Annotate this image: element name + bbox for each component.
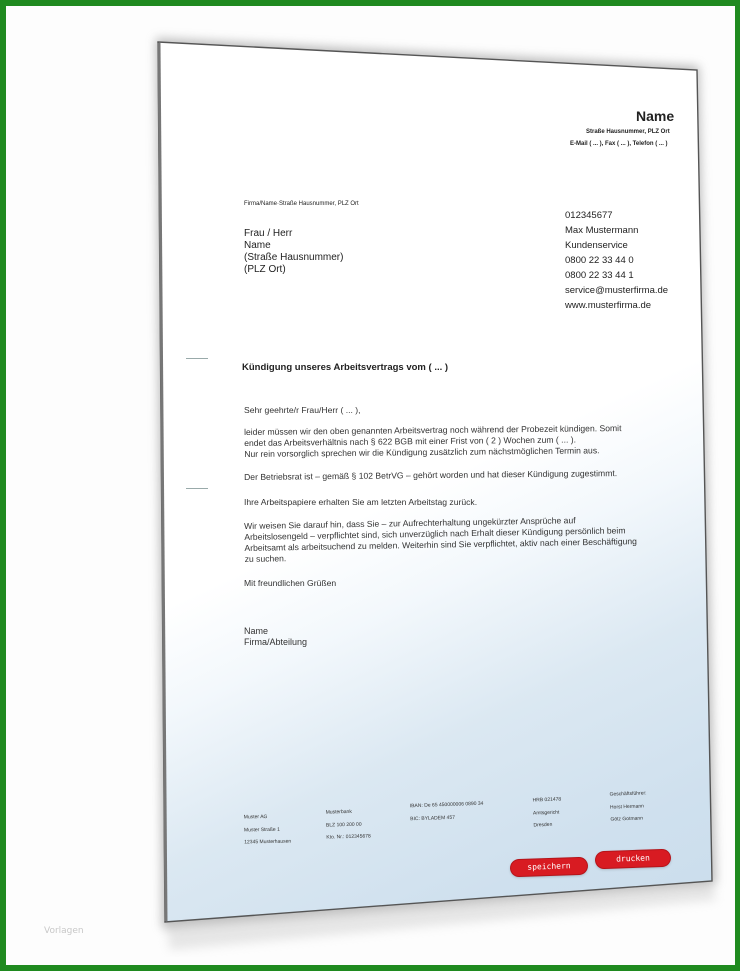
signature-line: Firma/Abteilung — [244, 637, 307, 648]
letterhead-address: Straße Hausnummer, PLZ Ort — [586, 129, 670, 135]
recipient-address: Frau / Herr Name (Straße Hausnummer) (PL… — [244, 228, 343, 276]
footer-line: Amtsgericht — [533, 806, 562, 819]
contact-line: 0800 22 33 44 0 — [565, 253, 668, 268]
footer-register: HRB 021478 Amtsgericht Dresden — [532, 794, 562, 832]
fold-mark — [186, 358, 208, 359]
signature: Name Firma/Abteilung — [244, 626, 307, 648]
contact-block: 012345677 Max Mustermann Kundenservice 0… — [565, 208, 668, 313]
footer-management: Geschäftsführer: Horst Hermann Götz Gotm… — [609, 787, 647, 826]
footer-line: 12345 Musterhausen — [244, 836, 291, 849]
sender-line: Firma/Name·Straße Hausnummer, PLZ Ort — [244, 201, 359, 207]
watermark: Vorlagen — [44, 926, 84, 936]
paragraph: Wir weisen Sie darauf hin, dass Sie – zu… — [244, 514, 637, 565]
contact-line: 0800 22 33 44 1 — [565, 268, 668, 283]
closing: Mit freundlichen Grüßen — [244, 578, 336, 589]
contact-line: service@musterfirma.de — [565, 283, 668, 298]
subject-line: Kündigung unseres Arbeitsvertrags vom ( … — [242, 362, 448, 373]
contact-line: 012345677 — [565, 208, 668, 223]
recipient-line: Name — [244, 240, 343, 252]
footer-line: Geschäftsführer: — [609, 787, 646, 801]
recipient-line: Frau / Herr — [244, 228, 343, 240]
recipient-line: (PLZ Ort) — [244, 264, 343, 276]
signature-line: Name — [244, 626, 307, 637]
salutation: Sehr geehrte/r Frau/Herr ( ... ), — [244, 405, 361, 416]
footer-line: BLZ 100 200 00 — [326, 818, 371, 832]
contact-line: Kundenservice — [565, 238, 668, 253]
footer-line: IBAN: De 65 450000006 0890 34 — [410, 798, 484, 813]
footer-line: HRB 021478 — [532, 794, 561, 807]
footer-line: Götz Gotmann — [610, 812, 647, 826]
letterhead-contact: E-Mail ( ... ), Fax ( ... ), Telefon ( .… — [570, 141, 668, 147]
letterhead-name: Name — [636, 108, 674, 124]
contact-line: www.musterfirma.de — [565, 298, 668, 313]
footer-company: Muster AG Muster Straße 1 12345 Musterha… — [244, 811, 292, 849]
footer-iban: IBAN: De 65 450000006 0890 34 BIC: BYLAD… — [410, 798, 484, 826]
recipient-line: (Straße Hausnummer) — [244, 252, 343, 264]
paragraph-line: Ihre Arbeitspapiere erhalten Sie am letz… — [244, 497, 477, 508]
footer-bank: Musterbank BLZ 100 200 00 Kto. Nr.: 0123… — [326, 805, 371, 844]
footer-line: Dresden — [533, 818, 562, 831]
footer-line: BIC: BYLADEM 457 — [410, 810, 484, 825]
paragraph: leider müssen wir den oben genannten Arb… — [244, 423, 622, 460]
print-button[interactable]: drucken — [596, 850, 671, 869]
footer-line: Muster AG — [244, 811, 291, 824]
footer-line: Kto. Nr.: 012345678 — [326, 830, 371, 844]
contact-line: Max Mustermann — [565, 223, 668, 238]
footer-line: Muster Straße 1 — [244, 823, 291, 836]
save-button[interactable]: speichern — [511, 858, 588, 877]
fold-mark — [186, 488, 208, 489]
footer-line: Musterbank — [326, 805, 371, 819]
paragraph: Ihre Arbeitspapiere erhalten Sie am letz… — [244, 497, 477, 508]
